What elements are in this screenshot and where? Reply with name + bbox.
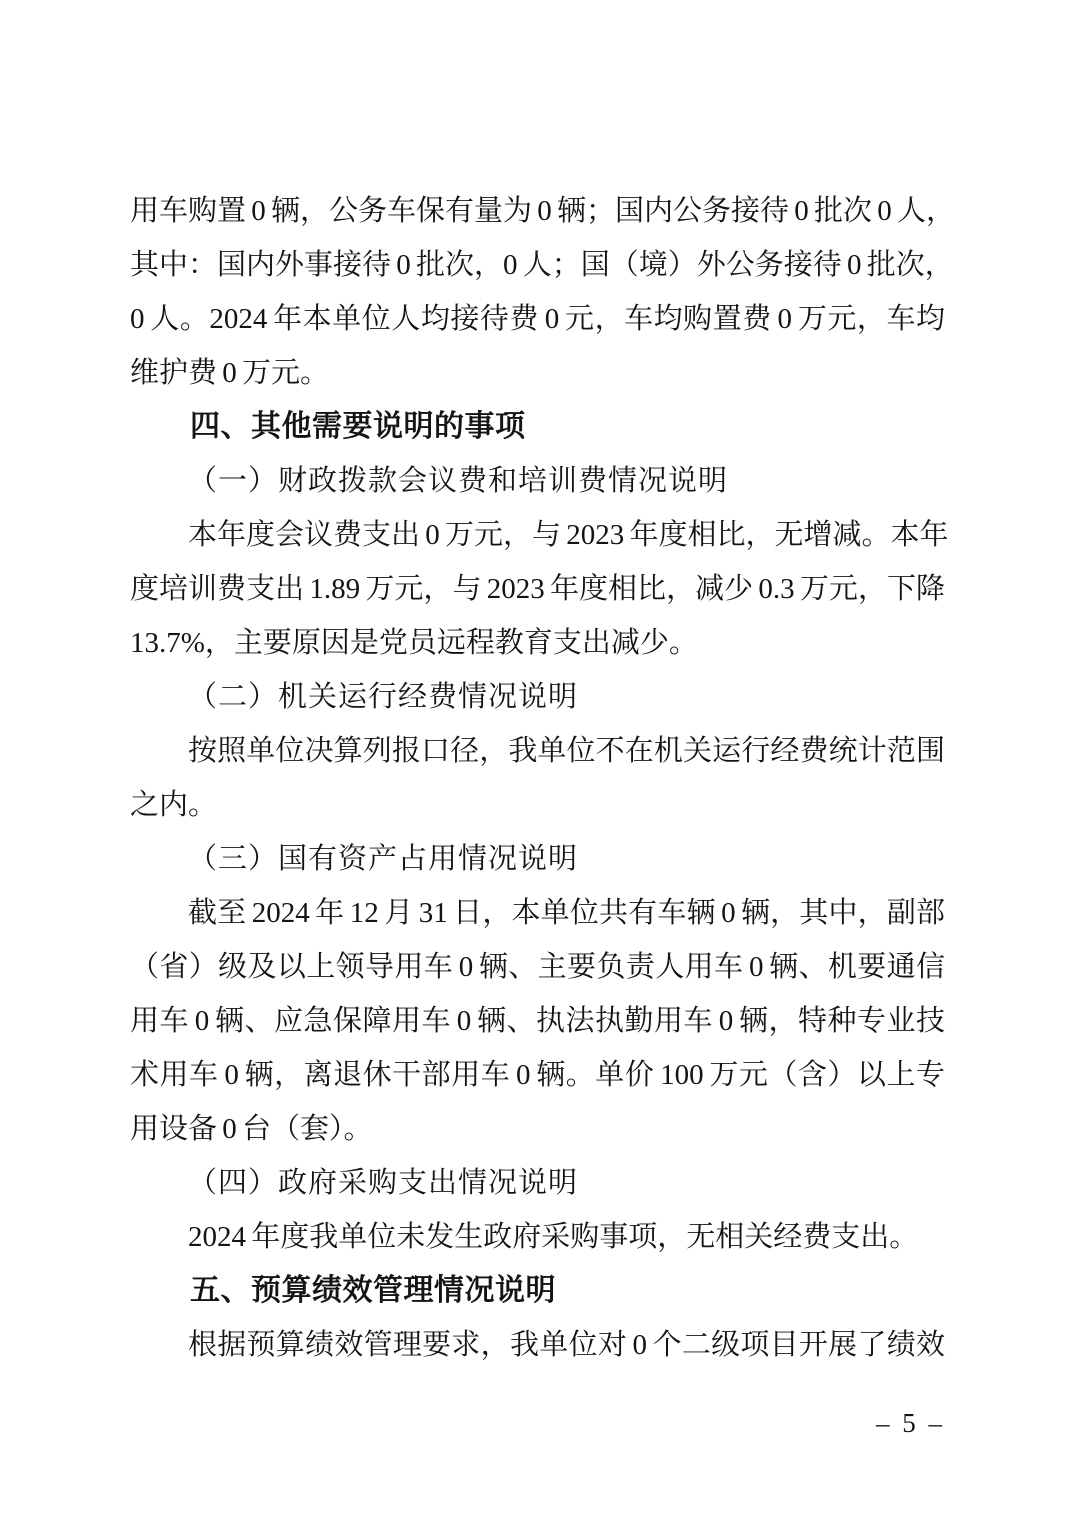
text-line: 术用车 0 辆，离退休干部用车 0 辆。单价 100 万元（含）以上专: [130, 1048, 945, 1102]
text-line: 之内。: [130, 778, 945, 832]
paragraph-government-procurement: 2024 年度我单位未发生政府采购事项，无相关经费支出。: [130, 1210, 945, 1264]
document-page: 用车购置 0 辆，公务车保有量为 0 辆；国内公务接待 0 批次 0 人， 其中…: [0, 0, 1075, 1520]
text-line: 截至 2024 年 12 月 31 日，本单位共有车辆 0 辆，其中，副部: [130, 886, 945, 940]
text-line: 0 人。2024 年本单位人均接待费 0 元，车均购置费 0 万元，车均: [130, 292, 945, 346]
text-line: 13.7%，主要原因是党员远程教育支出减少。: [130, 616, 945, 670]
paragraph-performance-management: 根据预算绩效管理要求，我单位对 0 个二级项目开展了绩效: [130, 1318, 945, 1372]
text-line: 用车 0 辆、应急保障用车 0 辆、执法执勤用车 0 辆，特种专业技: [130, 994, 945, 1048]
text-line: （省）级及以上领导用车 0 辆、主要负责人用车 0 辆、机要通信: [130, 940, 945, 994]
section-heading-4: 四、其他需要说明的事项: [130, 400, 945, 454]
paragraph-carryover: 用车购置 0 辆，公务车保有量为 0 辆；国内公务接待 0 批次 0 人， 其中…: [130, 184, 945, 400]
paragraph-state-assets: 截至 2024 年 12 月 31 日，本单位共有车辆 0 辆，其中，副部 （省…: [130, 886, 945, 1156]
section-heading-5: 五、预算绩效管理情况说明: [130, 1264, 945, 1318]
text-line: 本年度会议费支出 0 万元，与 2023 年度相比，无增减。本年: [130, 508, 945, 562]
paragraph-meeting-training-fees: 本年度会议费支出 0 万元，与 2023 年度相比，无增减。本年 度培训费支出 …: [130, 508, 945, 670]
text-line: 用车购置 0 辆，公务车保有量为 0 辆；国内公务接待 0 批次 0 人，: [130, 184, 945, 238]
text-line: 其中：国内外事接待 0 批次，0 人；国（境）外公务接待 0 批次，: [130, 238, 945, 292]
text-line: 维护费 0 万元。: [130, 346, 945, 400]
paragraph-operating-funds: 按照单位决算列报口径，我单位不在机关运行经费统计范围 之内。: [130, 724, 945, 832]
text-line: 根据预算绩效管理要求，我单位对 0 个二级项目开展了绩效: [130, 1318, 945, 1372]
page-number: – 5 –: [876, 1408, 945, 1439]
text-line: 按照单位决算列报口径，我单位不在机关运行经费统计范围: [130, 724, 945, 778]
subsection-heading-4-3: （三）国有资产占用情况说明: [130, 832, 945, 886]
subsection-heading-4-1: （一）财政拨款会议费和培训费情况说明: [130, 454, 945, 508]
document-body: 用车购置 0 辆，公务车保有量为 0 辆；国内公务接待 0 批次 0 人， 其中…: [130, 184, 945, 1372]
text-line: 2024 年度我单位未发生政府采购事项，无相关经费支出。: [130, 1210, 945, 1264]
text-line: 用设备 0 台（套）。: [130, 1102, 945, 1156]
subsection-heading-4-4: （四）政府采购支出情况说明: [130, 1156, 945, 1210]
text-line: 度培训费支出 1.89 万元，与 2023 年度相比，减少 0.3 万元，下降: [130, 562, 945, 616]
subsection-heading-4-2: （二）机关运行经费情况说明: [130, 670, 945, 724]
